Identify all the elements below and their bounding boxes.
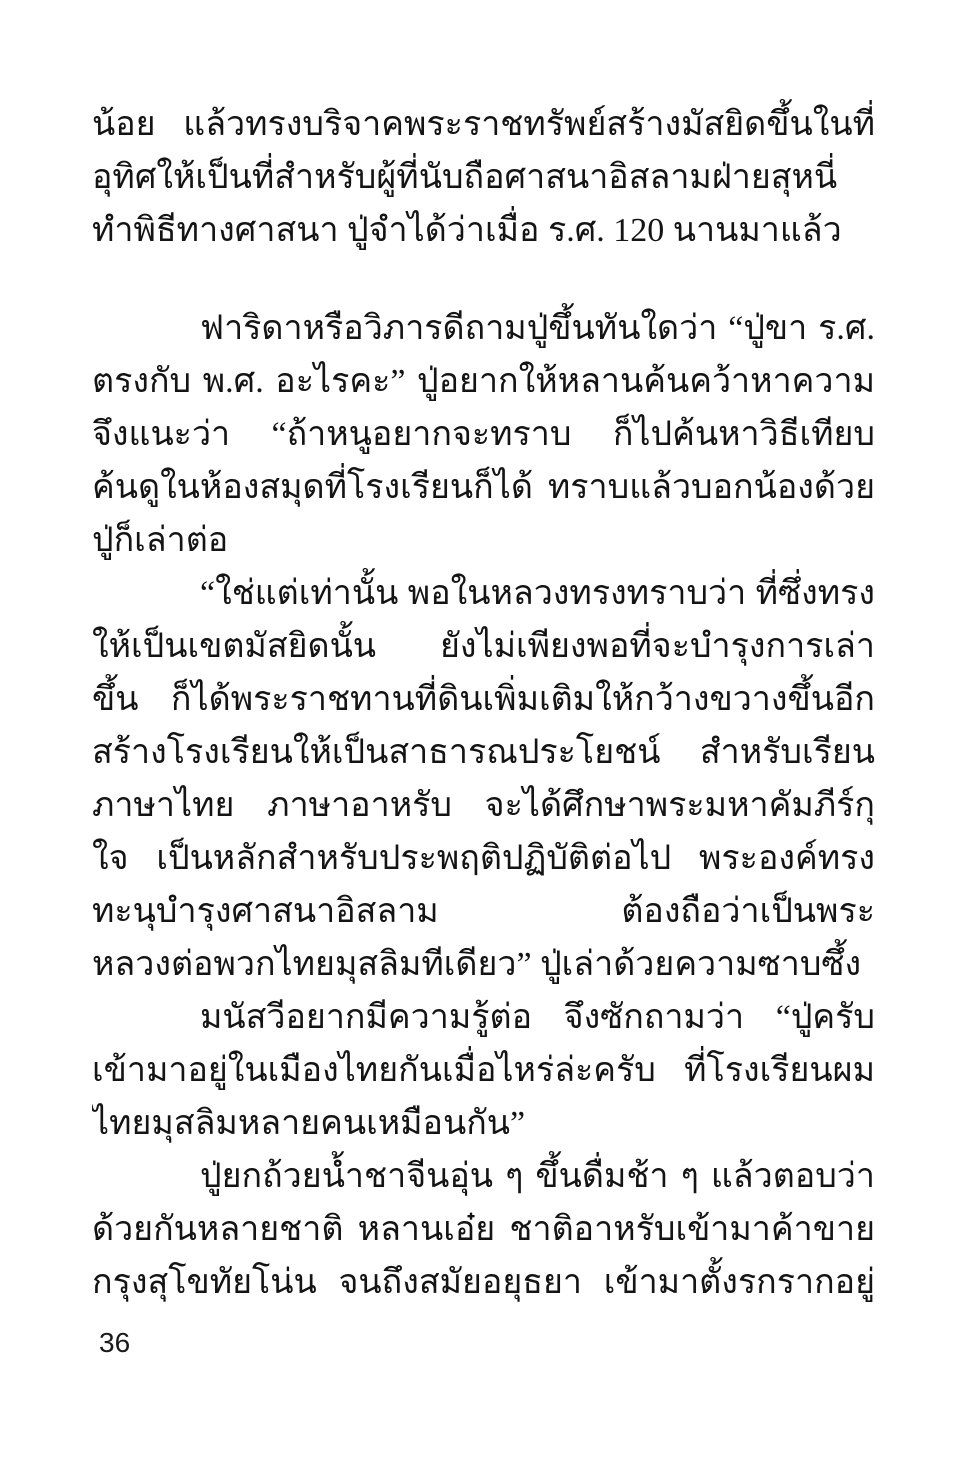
text-line: มนัสวีอยากมีความรู้ต่อ จึงซักถามว่า “ปู่… — [92, 991, 875, 1044]
page-number: 36 — [99, 1326, 130, 1360]
book-page: น้อย แล้วทรงบริจาคพระราชทรัพย์สร้างมัสยิ… — [0, 0, 956, 1467]
text-line: เข้ามาอยู่ในเมืองไทยกันเมื่อไหร่ล่ะครับ … — [92, 1044, 875, 1097]
text-line: ฟาริดาหรือวิภารดีถามปู่ขึ้นทันใดว่า “ปู่… — [92, 302, 875, 355]
text-line: ให้เป็นเขตมัสยิดนั้น ยังไม่เพียงพอที่จะบ… — [92, 620, 875, 673]
text-line: ทำพิธีทางศาสนา ปู่จำได้ว่าเมื่อ ร.ศ. 120… — [92, 204, 875, 257]
text-line: อุทิศให้เป็นที่สำหรับผู้ที่นับถือศาสนาอิ… — [92, 151, 875, 204]
text-line: ด้วยกันหลายชาติ หลานเอ๋ย ชาติอาหรับเข้าม… — [92, 1203, 875, 1256]
text-line: “ใช่แต่เท่านั้น พอในหลวงทรงทราบว่า ที่ซึ… — [92, 567, 875, 620]
text-line: ไทยมุสลิมหลายคนเหมือนกัน” — [92, 1097, 875, 1150]
text-line: กรุงสุโขทัยโน่น จนถึงสมัยอยุธยา เข้ามาตั… — [92, 1256, 875, 1309]
text-line: ขึ้น ก็ได้พระราชทานที่ดินเพิ่มเติมให้กว้… — [92, 673, 875, 726]
paragraph: น้อย แล้วทรงบริจาคพระราชทรัพย์สร้างมัสยิ… — [92, 98, 875, 257]
text-line: ทะนุบำรุงศาสนาอิสลาม ต้องถือว่าเป็นพระมห… — [92, 885, 875, 938]
text-line: ใจ เป็นหลักสำหรับประพฤติปฏิบัติต่อไป พระ… — [92, 832, 875, 885]
text-line: ตรงกับ พ.ศ. อะไรคะ” ปู่อยากให้หลานค้นคว้… — [92, 355, 875, 408]
text-line: น้อย แล้วทรงบริจาคพระราชทรัพย์สร้างมัสยิ… — [92, 98, 875, 151]
text-line: หลวงต่อพวกไทยมุสลิมทีเดียว” ปู่เล่าด้วยค… — [92, 938, 875, 991]
text-line: ค้นดูในห้องสมุดที่โรงเรียนก็ได้ ทราบแล้ว… — [92, 461, 875, 514]
paragraph: “ใช่แต่เท่านั้น พอในหลวงทรงทราบว่า ที่ซึ… — [92, 567, 875, 991]
paragraph: ปู่ยกถ้วยน้ำชาจีนอุ่น ๆ ขึ้นดื่มช้า ๆ แล… — [92, 1150, 875, 1309]
paragraph: มนัสวีอยากมีความรู้ต่อ จึงซักถามว่า “ปู่… — [92, 991, 875, 1150]
text-line: สร้างโรงเรียนให้เป็นสาธารณประโยชน์ สำหรั… — [92, 726, 875, 779]
text-block: น้อย แล้วทรงบริจาคพระราชทรัพย์สร้างมัสยิ… — [92, 98, 875, 1309]
text-line: ปู่ก็เล่าต่อ — [92, 514, 875, 567]
text-line: จึงแนะว่า “ถ้าหนูอยากจะทราบ ก็ไปค้นหาวิธ… — [92, 408, 875, 461]
text-line: ปู่ยกถ้วยน้ำชาจีนอุ่น ๆ ขึ้นดื่มช้า ๆ แล… — [92, 1150, 875, 1203]
text-line: ภาษาไทย ภาษาอาหรับ จะได้ศึกษาพระมหาคัมภี… — [92, 779, 875, 832]
paragraph: ฟาริดาหรือวิภารดีถามปู่ขึ้นทันใดว่า “ปู่… — [92, 302, 875, 567]
